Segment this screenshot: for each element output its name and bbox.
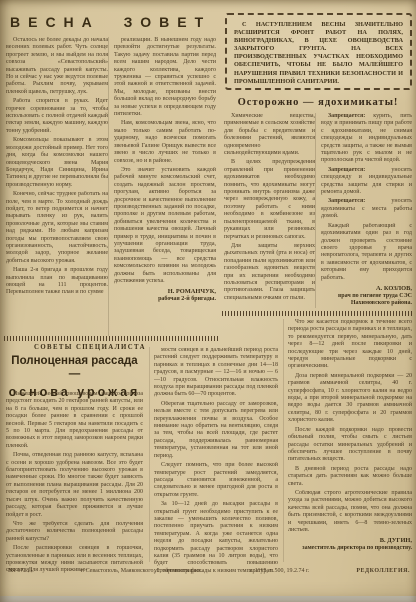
body-paragraph: реализации. В нынешнем году надо превзой… — [114, 37, 216, 118]
body-paragraph: Наша 2-я бригада в прошлом году выполнил… — [6, 267, 108, 297]
body-paragraph: После каждой подкормки надо провести оби… — [288, 427, 412, 464]
signature-role: рабочая 2-й бригады. — [114, 296, 216, 303]
advice-headline-line1: Полноценная рассада — — [4, 355, 145, 381]
prohibition-lead: Запрещается: — [328, 198, 365, 204]
body-paragraph: Это значит установить каждой рабочей мин… — [114, 167, 216, 286]
prohibition-lead: Запрещается: — [328, 113, 365, 119]
imprint-code: ВЯ 07283. — [8, 568, 34, 575]
spring-article-title: ВЕСНА ЗОВЕТ — [10, 14, 210, 30]
spring-article: Осталось не более декады до начала весен… — [6, 37, 216, 336]
section-divider — [222, 311, 412, 316]
advice-article-column-3: Что же касается подкормок в течение всег… — [283, 319, 412, 562]
advice-article-signature: В. ДУГИН, заместитель директора по произ… — [288, 537, 412, 552]
advice-kicker: СОВЕТЫ СПЕЦИАЛИСТА — [20, 344, 160, 351]
body-paragraph: Каждый работающий с ядохимикатами один р… — [321, 223, 412, 282]
advice-article-column-2: мости сеянцев и в дальнейший период рост… — [149, 347, 278, 562]
imprint-address: г. Севастополь, Маяковского, 5, гортипог… — [81, 568, 203, 575]
spring-article-column-2: реализации. В нынешнем году надо превзой… — [108, 37, 216, 336]
signature-name: В. ДУГИН, — [288, 537, 412, 545]
pesticide-article-signature: А. КОЗЛОВ, врач по гигиене труда СЭС Нах… — [321, 285, 412, 307]
spring-article-signature: Н. РОМАНЧУК, рабочая 2-й бригады. — [114, 288, 216, 303]
body-paragraph: Что же требуется сделать для получения д… — [6, 521, 143, 543]
body-paragraph: Запрещается: курить, пить воду и принима… — [321, 113, 412, 165]
signature-name: А. КОЗЛОВ, — [321, 285, 412, 293]
body-paragraph: Нынешней весной овощеводам нашего совхоз… — [6, 391, 143, 450]
imprint-editorial-board: РЕДКОЛЛЕГИЯ. — [356, 568, 410, 575]
signature-role: врач по гигиене труда СЭС Нахимовского р… — [321, 293, 412, 307]
body-paragraph: Нам, комсомольцам звена, ясно, что мало … — [114, 120, 216, 164]
paragraph-text: Каждый работающий с ядохимикатами один р… — [321, 223, 412, 281]
body-paragraph: Запрещается: уносить ядохимикаты с места… — [321, 198, 412, 220]
pesticide-article-column-1: Химические вещества, применяемые в сельс… — [224, 113, 315, 308]
advice-article-column-1: Нынешней весной овощеводам нашего совхоз… — [6, 391, 143, 562]
signature-role: заместитель директора по производству. — [288, 545, 412, 552]
body-paragraph: В дневной период роста рассады надо стар… — [288, 466, 412, 488]
body-paragraph: За 10—12 дней до высадки рассады в откры… — [154, 501, 278, 575]
body-paragraph: Доза первой минеральной подкормки — 20 г… — [288, 373, 412, 425]
body-paragraph: Оберегая тщательно рассаду от заморозков… — [154, 401, 278, 460]
body-paragraph: Соблюдая строго агротехнические правила … — [288, 490, 412, 534]
signature-name: Н. РОМАНЧУК, — [114, 288, 216, 296]
safety-notice-text: С НАСТУПЛЕНИЕМ ВЕСНЫ ЗНАЧИТЕЛЬНО РАСШИРИ… — [234, 21, 403, 86]
spring-article-column-1: Осталось не более декады до начала весен… — [6, 37, 108, 336]
body-paragraph: Запрещается: уносить спецодежду и индиви… — [321, 167, 412, 197]
body-paragraph: Конечно, сейчас труднее работать на поле… — [6, 191, 108, 265]
body-paragraph: Работа спорится в руках. Идет горячее со… — [6, 98, 108, 135]
section-divider — [4, 336, 219, 341]
body-paragraph: Осталось не более декады до начала весен… — [6, 37, 108, 96]
body-paragraph: Что же касается подкормок в течение всег… — [288, 319, 412, 371]
body-paragraph: Для защиты верхних дыхательных путей (рт… — [224, 243, 315, 302]
imprint-line: ВЯ 07283. г. Севастополь, Маяковского, 5… — [8, 568, 410, 575]
body-paragraph: Химические вещества, применяемые в сельс… — [224, 113, 315, 157]
body-paragraph: Почва, отведенная под раннюю капусту, вс… — [6, 452, 143, 519]
body-paragraph: В целях предупреждения отравлений при пр… — [224, 159, 315, 240]
safety-notice-box: С НАСТУПЛЕНИЕМ ВЕСНЫ ЗНАЧИТЕЛЬНО РАСШИРИ… — [225, 13, 412, 90]
body-paragraph: Следует помнить, что при более высокой т… — [154, 462, 278, 499]
body-paragraph: мости сеянцев и в дальнейший период рост… — [154, 347, 278, 399]
newspaper-page: ВЕСНА ЗОВЕТ Осталось не более декады до … — [0, 0, 416, 602]
pesticide-article: Химические вещества, применяемые в сельс… — [224, 113, 412, 308]
scan-edge — [0, 596, 416, 602]
paragraph-text: курить, пить воду и принимать пищу при р… — [321, 113, 412, 163]
pesticide-article-column-2: Запрещается: курить, пить воду и принима… — [315, 113, 412, 308]
imprint-stats: з. 1115, т. 500, 19.2.74 г. — [249, 568, 309, 575]
body-paragraph: Комсомольцы показывают в этом молодежи д… — [6, 137, 108, 189]
pesticide-article-title: Осторожно — ядохимикаты! — [224, 97, 412, 108]
prohibition-lead: Запрещается: — [328, 167, 365, 173]
